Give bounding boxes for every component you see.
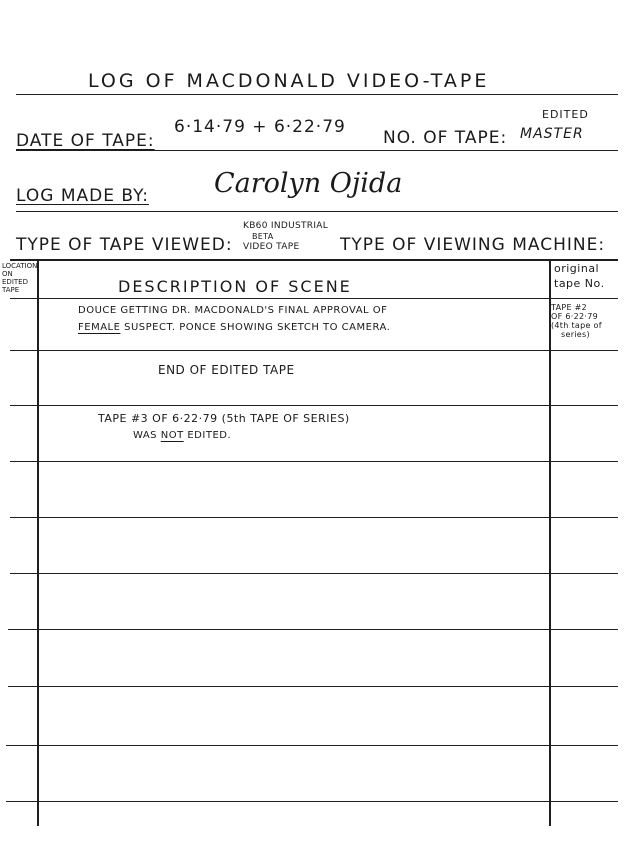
row-divider — [6, 801, 618, 802]
number-of-tape-label: NO. OF TAPE: — [383, 128, 507, 148]
number-of-tape-value-line2: MASTER — [520, 126, 584, 142]
date-of-tape-label: DATE OF TAPE: — [16, 131, 155, 151]
number-of-tape-value-line1: EDITED — [542, 108, 589, 121]
scene-description: FEMALE SUSPECT. PONCE SHOWING SKETCH TO … — [78, 322, 390, 333]
row-divider — [10, 517, 618, 518]
date-of-tape-value: 6·14·79 + 6·22·79 — [174, 117, 346, 137]
row-divider — [8, 686, 618, 687]
original-tape-column-header-line1: original — [554, 262, 599, 275]
column-divider-left — [37, 259, 39, 826]
viewing-machine-label: TYPE OF VIEWING MACHINE: — [340, 235, 605, 255]
tape-type-value-line1: KB60 INDUSTRIAL — [243, 222, 328, 231]
original-tape-column-header-line2: tape No. — [554, 277, 605, 290]
row-divider — [10, 461, 618, 462]
tape-type-label: TYPE OF TAPE VIEWED: — [16, 235, 233, 255]
row-divider — [10, 573, 618, 574]
log-made-by-label: LOG MADE BY: — [16, 186, 149, 206]
row-divider — [10, 350, 618, 351]
row-divider — [6, 745, 618, 746]
scene-description: WAS NOT EDITED. — [133, 430, 231, 441]
original-tape-number: TAPE #2 OF 6·22·79 (4th tape of series) — [551, 303, 602, 339]
row-divider — [10, 298, 618, 299]
tape-type-value-line2: BETA — [252, 232, 273, 241]
table-top-border — [10, 259, 618, 261]
description-column-header: DESCRIPTION OF SCENE — [118, 277, 352, 296]
divider — [16, 94, 618, 95]
scene-description: END OF EDITED TAPE — [158, 363, 295, 377]
document-title: LOG OF MACDONALD VIDEO-TAPE — [88, 70, 489, 92]
signature: Carolyn Ojida — [214, 168, 402, 199]
location-column-header: LOCATION ON EDITED TAPE — [2, 262, 37, 294]
divider — [16, 211, 618, 212]
tape-type-value-line3: VIDEO TAPE — [243, 243, 299, 252]
row-divider — [10, 405, 618, 406]
scene-description: DOUCE GETTING DR. MACDONALD'S FINAL APPR… — [78, 305, 387, 316]
divider — [16, 150, 618, 151]
row-divider — [8, 629, 618, 630]
column-divider-right — [549, 259, 551, 826]
scene-description: TAPE #3 OF 6·22·79 (5th TAPE OF SERIES) — [98, 412, 350, 425]
